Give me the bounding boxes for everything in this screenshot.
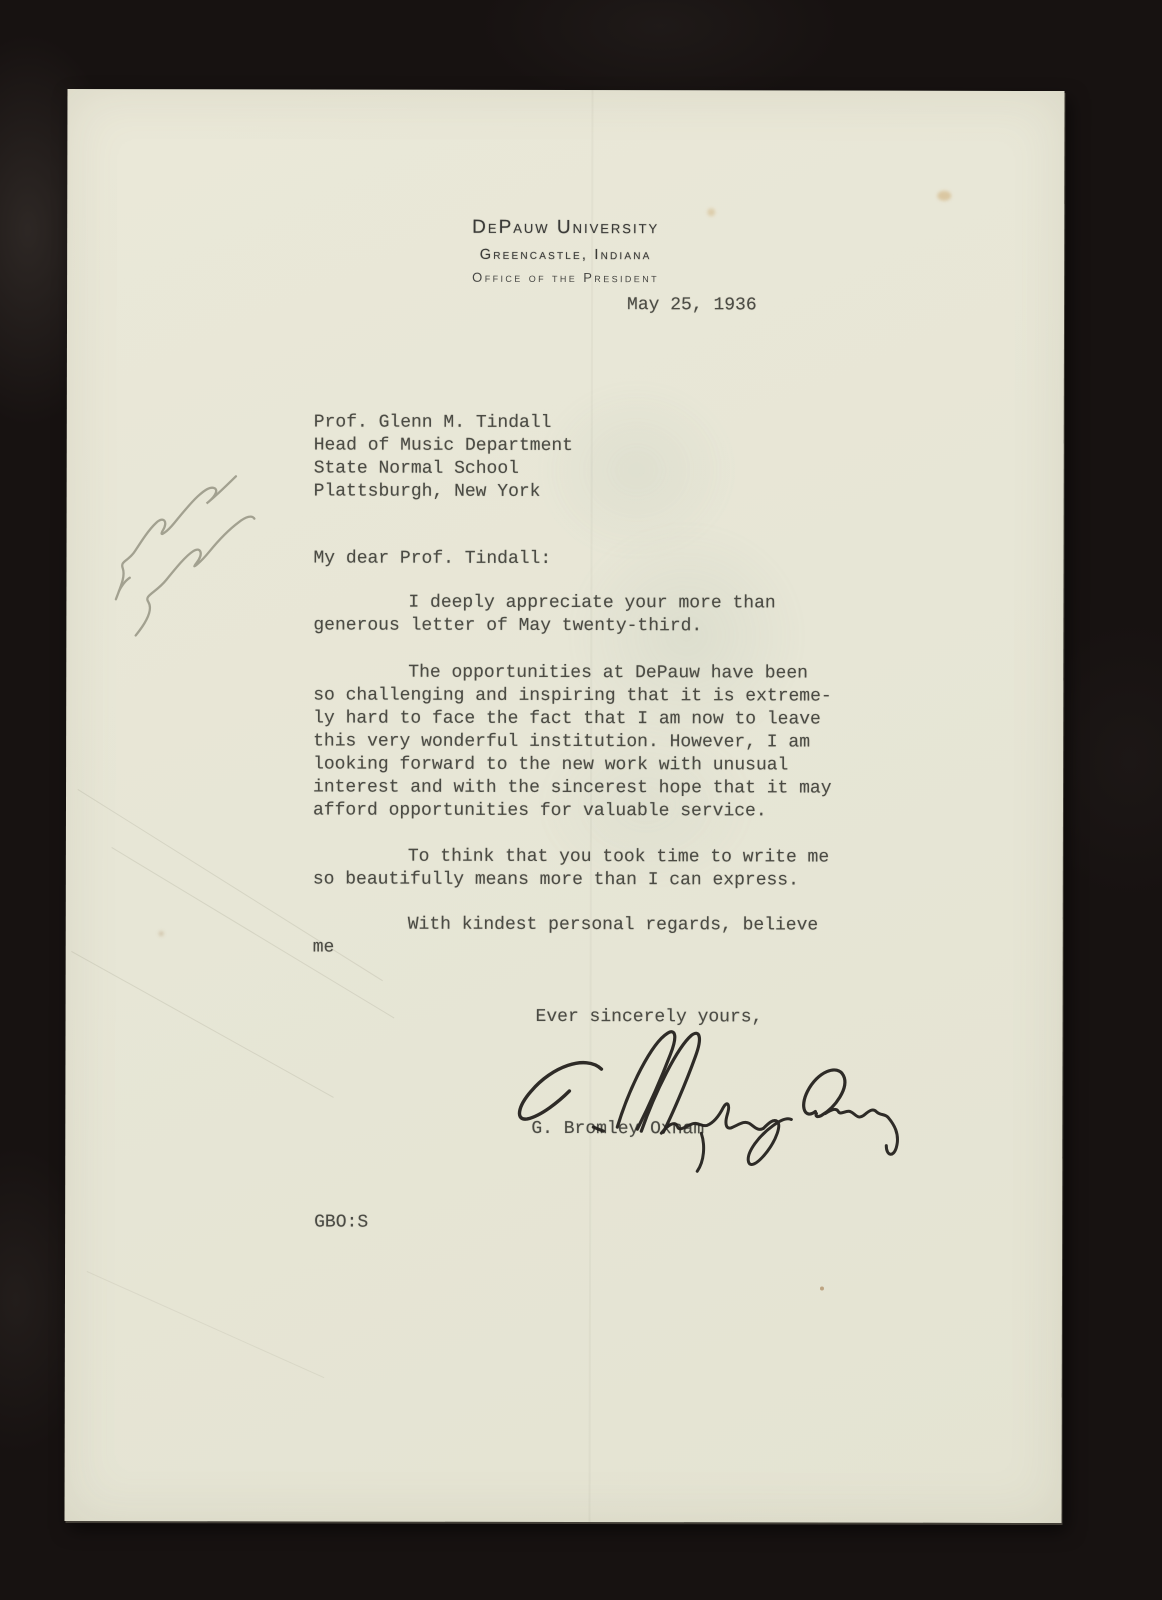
fold-crease xyxy=(87,1271,325,1378)
salutation: My dear Prof. Tindall: xyxy=(313,547,551,570)
body-paragraph: To think that you took time to write me … xyxy=(313,845,873,892)
letterhead: DePauw University Greencastle, Indiana O… xyxy=(67,216,1064,286)
letterhead-office: Office of the President xyxy=(67,269,1064,286)
fold-crease xyxy=(71,951,334,1098)
stain-spot xyxy=(707,208,715,216)
pencil-marginalia xyxy=(82,426,282,643)
letter-page: DePauw University Greencastle, Indiana O… xyxy=(65,89,1065,1523)
photo-backdrop: { "colors": { "backdrop": "#171211", "pa… xyxy=(0,0,1162,1600)
stain-spot xyxy=(820,1287,824,1291)
date-line: May 25, 1936 xyxy=(627,294,757,317)
body-paragraph: The opportunities at DePauw have been so… xyxy=(313,661,873,823)
stain-spot xyxy=(159,931,164,936)
typist-initials-line: GBO:S xyxy=(314,1211,368,1234)
recipient-address: Prof. Glenn M. Tindall Head of Music Dep… xyxy=(314,411,573,504)
letterhead-location: Greencastle, Indiana xyxy=(67,246,1064,264)
letterhead-institution: DePauw University xyxy=(67,216,1064,240)
body-paragraph: I deeply appreciate your more than gener… xyxy=(313,591,873,638)
body-paragraph: With kindest personal regards, believe m… xyxy=(313,913,873,960)
stain-spot xyxy=(937,191,951,201)
signature-script xyxy=(505,1015,905,1176)
